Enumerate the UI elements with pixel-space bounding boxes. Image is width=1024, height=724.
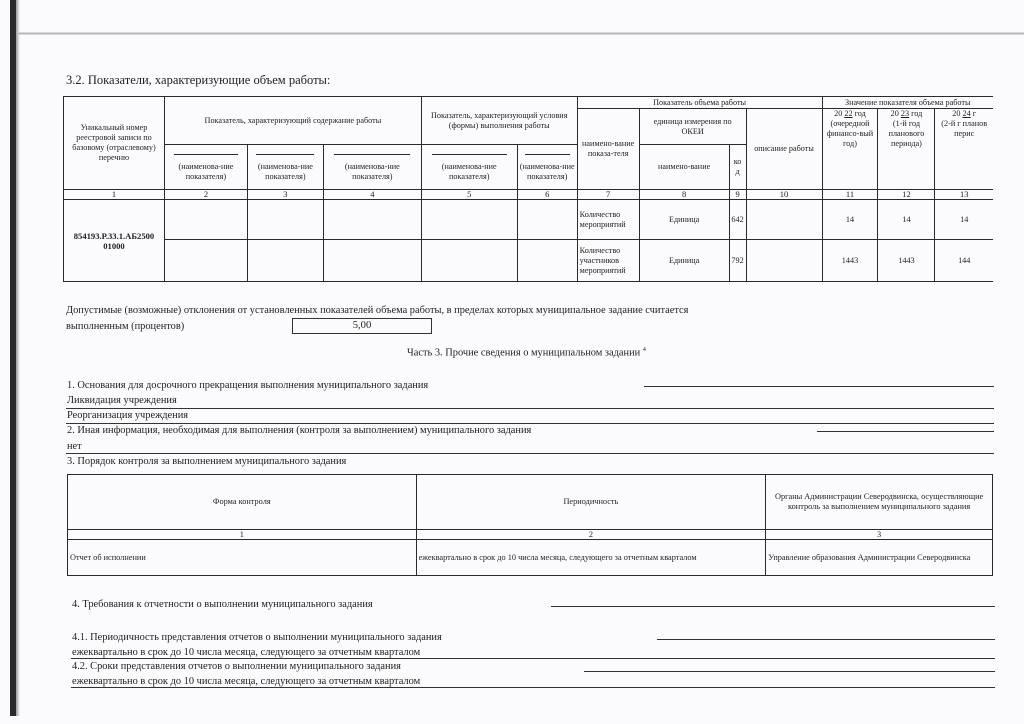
value-year-3: 14 bbox=[935, 200, 993, 240]
col-num: 10 bbox=[746, 190, 822, 200]
value-year-2: 14 bbox=[878, 200, 935, 240]
unit-code: 642 bbox=[729, 200, 746, 240]
header-value-indicator: Значение показателя объема работы bbox=[822, 97, 993, 109]
header-year-1: 20 22 год (очередной финансо-вый год) bbox=[822, 109, 878, 190]
column-numbers-row: 1 2 3 bbox=[68, 530, 993, 540]
col-num: 1 bbox=[64, 190, 165, 200]
header-content-indicator: Показатель, характеризующий содержание р… bbox=[164, 97, 421, 145]
unit-name: Единица bbox=[639, 200, 729, 240]
unit-code: 792 bbox=[729, 240, 746, 282]
item4-1-title: 4.1. Периодичность представления отчетов… bbox=[72, 632, 442, 643]
cell-empty bbox=[247, 200, 323, 240]
control-table: Форма контроля Периодичность Органы Адми… bbox=[67, 474, 993, 576]
fill-line bbox=[657, 639, 995, 640]
value-year-1: 1443 bbox=[822, 240, 878, 282]
unit-name: Единица bbox=[639, 240, 729, 282]
indicator-name: Количество мероприятий bbox=[577, 200, 639, 240]
col-num: 5 bbox=[421, 190, 517, 200]
col-num: 3 bbox=[766, 530, 993, 540]
cell-empty bbox=[164, 200, 247, 240]
col-num: 3 bbox=[247, 190, 323, 200]
table-row: Количество участников мероприятий Единиц… bbox=[64, 240, 994, 282]
col-num: 13 bbox=[935, 190, 993, 200]
volume-indicators-table: Уникальный номер реестровой записи по ба… bbox=[63, 96, 993, 282]
control-body: Управление образования Администрации Сев… bbox=[766, 540, 993, 576]
cell-empty bbox=[323, 200, 421, 240]
header-periodicity: Периодичность bbox=[416, 475, 766, 530]
header-volume-indicator: Показатель объема работы bbox=[577, 97, 822, 109]
fill-line bbox=[584, 671, 995, 672]
work-description bbox=[746, 200, 822, 240]
control-form: Отчет об исполнении bbox=[68, 540, 417, 576]
fill-line bbox=[71, 687, 995, 688]
item2-value: нет bbox=[67, 441, 82, 452]
cell-empty bbox=[421, 200, 517, 240]
indicator-name: Количество участников мероприятий bbox=[577, 240, 639, 282]
col-num: 11 bbox=[822, 190, 878, 200]
control-periodicity: ежеквартально в срок до 10 числа месяца,… bbox=[416, 540, 766, 576]
fill-line bbox=[551, 606, 995, 607]
header-conditions-name-2: (наименова-ние показателя) bbox=[517, 145, 577, 190]
col-num: 4 bbox=[323, 190, 421, 200]
item4-2-value: ежеквартально в срок до 10 числа месяца,… bbox=[72, 676, 420, 687]
header-control-bodies: Органы Администрации Северодвинска, осущ… bbox=[766, 475, 993, 530]
binding-shadow bbox=[16, 0, 20, 716]
item1-value-reorganization: Реорганизация учреждения bbox=[67, 410, 188, 421]
header-content-name-2: (наименова-ние показателя) bbox=[247, 145, 323, 190]
section-3-2-title: 3.2. Показатели, характеризующие объем р… bbox=[66, 73, 330, 88]
header-work-description: описание работы bbox=[746, 109, 822, 190]
scan-crease bbox=[18, 32, 1024, 35]
col-num: 9 bbox=[729, 190, 746, 200]
header-content-name-3: (наименова-ние показателя) bbox=[323, 145, 421, 190]
footnote-marker: 4 bbox=[643, 347, 646, 353]
cell-empty bbox=[164, 240, 247, 282]
item4-1-value: ежеквартально в срок до 10 числа месяца,… bbox=[72, 647, 420, 658]
fill-line bbox=[644, 386, 994, 387]
col-num: 8 bbox=[639, 190, 729, 200]
column-numbers-row: 1 2 3 4 5 6 7 8 9 10 11 12 13 bbox=[64, 190, 994, 200]
cell-empty bbox=[517, 200, 577, 240]
header-year-3: 20 24 г (2-й г планов перис bbox=[935, 109, 993, 190]
header-okei-unit: единица измерения по ОКЕИ bbox=[639, 109, 746, 145]
header-control-form: Форма контроля bbox=[68, 475, 417, 530]
deviation-text-1: Допустимые (возможные) отклонения от уст… bbox=[66, 305, 688, 316]
col-num: 12 bbox=[878, 190, 935, 200]
header-conditions-name-1: (наименова-ние показателя) bbox=[421, 145, 517, 190]
col-num: 2 bbox=[416, 530, 766, 540]
fill-line bbox=[71, 658, 995, 659]
col-num: 1 bbox=[68, 530, 417, 540]
cell-empty bbox=[323, 240, 421, 282]
value-year-3: 144 bbox=[935, 240, 993, 282]
value-year-2: 1443 bbox=[878, 240, 935, 282]
header-year-2: 20 23 год (1-й год планового периода) bbox=[878, 109, 935, 190]
item4-2-title: 4.2. Сроки представления отчетов о выпол… bbox=[72, 661, 401, 672]
registry-number: 854193.Р.33.1.АБ2500 01000 bbox=[64, 200, 165, 282]
header-registry-number: Уникальный номер реестровой записи по ба… bbox=[64, 97, 165, 190]
deviation-text-2: выполненным (процентов) bbox=[66, 321, 184, 332]
value-year-1: 14 bbox=[822, 200, 878, 240]
header-okei-name: наимено-вание bbox=[639, 145, 729, 190]
part3-title: Часть 3. Прочие сведения о муниципальном… bbox=[407, 347, 646, 358]
header-indicator-name: наимено-вание показа-теля bbox=[577, 109, 639, 190]
fill-line bbox=[66, 408, 994, 409]
item3-title: 3. Порядок контроля за выполнением муниц… bbox=[67, 456, 346, 467]
work-description bbox=[746, 240, 822, 282]
item4-title: 4. Требования к отчетности о выполнении … bbox=[72, 599, 373, 610]
table-row: 854193.Р.33.1.АБ2500 01000 Количество ме… bbox=[64, 200, 994, 240]
fill-line bbox=[817, 431, 994, 432]
cell-empty bbox=[421, 240, 517, 282]
table-row: Отчет об исполнении ежеквартально в срок… bbox=[68, 540, 993, 576]
item2-title: 2. Иная информация, необходимая для выпо… bbox=[67, 425, 531, 436]
item1-value-liquidation: Ликвидация учреждения bbox=[67, 395, 177, 406]
header-okei-code: ко д bbox=[729, 145, 746, 190]
deviation-value-field: 5,00 bbox=[292, 318, 432, 334]
header-content-name-1: (наименова-ние показателя) bbox=[164, 145, 247, 190]
col-num: 7 bbox=[577, 190, 639, 200]
cell-empty bbox=[247, 240, 323, 282]
item1-title: 1. Основания для досрочного прекращения … bbox=[67, 380, 428, 391]
fill-line bbox=[66, 453, 994, 454]
col-num: 6 bbox=[517, 190, 577, 200]
col-num: 2 bbox=[164, 190, 247, 200]
header-conditions-indicator: Показатель, характеризующий условия (фор… bbox=[421, 97, 577, 145]
cell-empty bbox=[517, 240, 577, 282]
